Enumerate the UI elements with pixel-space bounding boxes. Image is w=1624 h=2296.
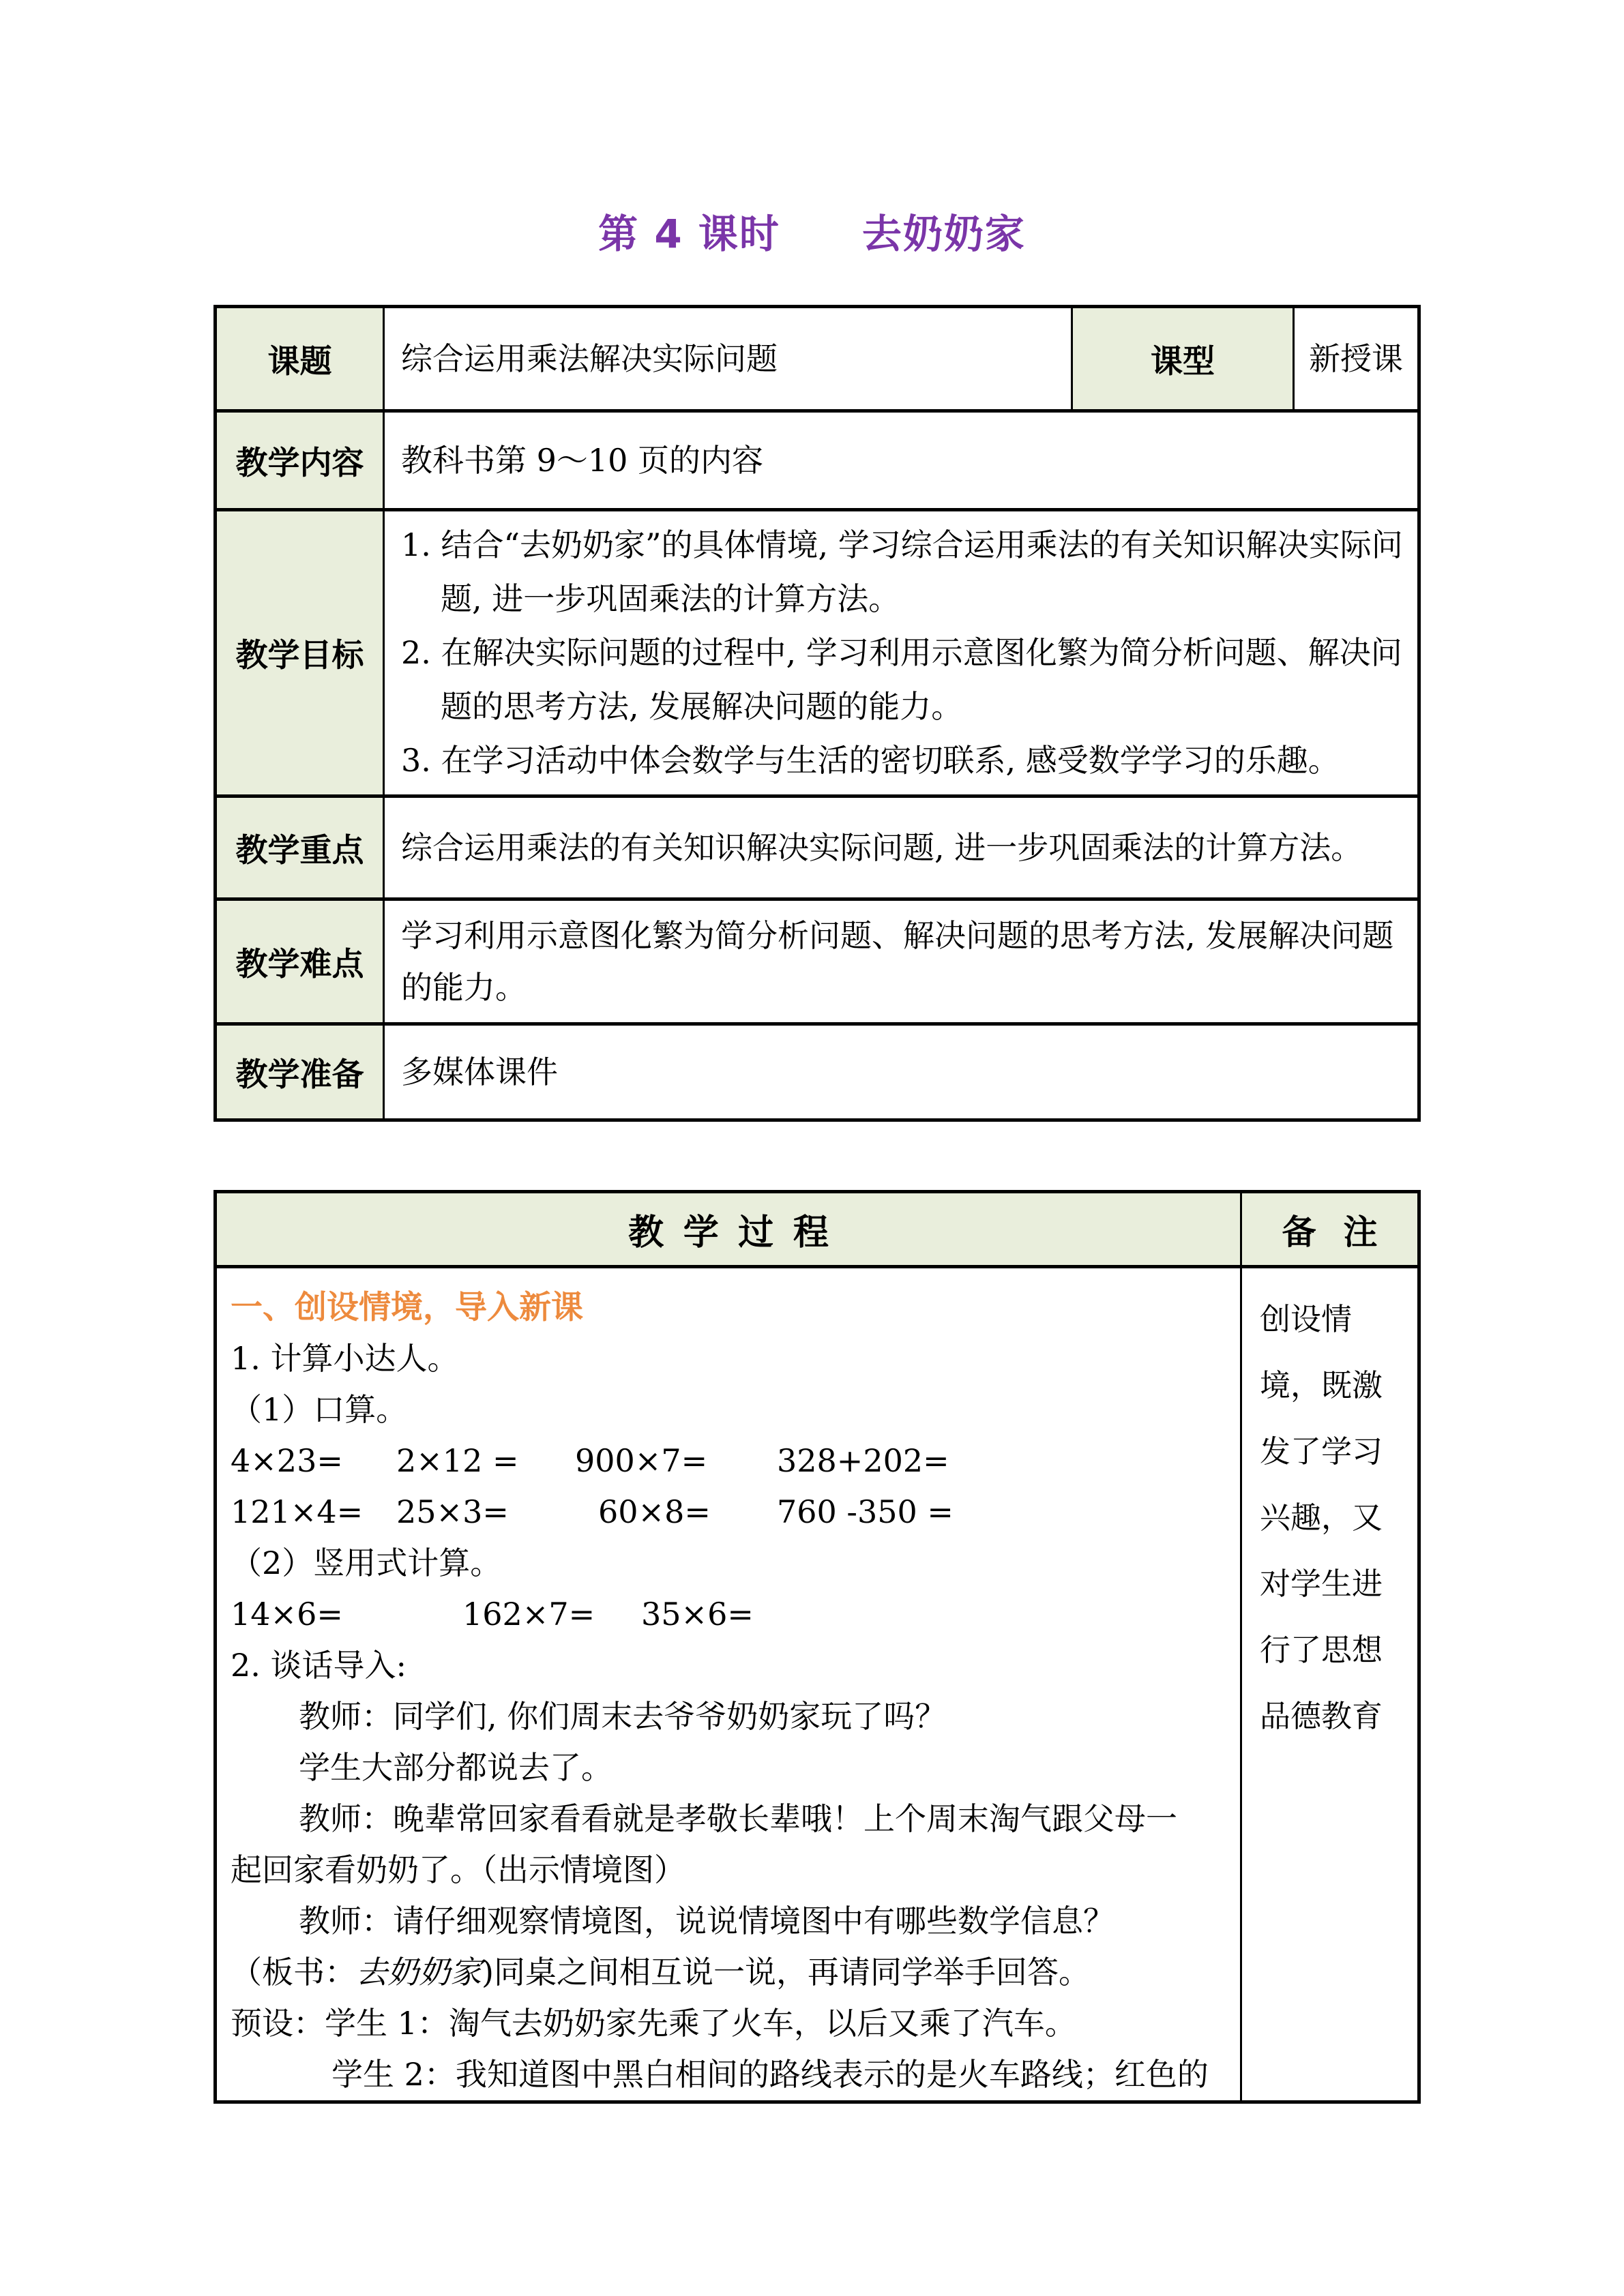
table-row: 教学难点 学习利用示意图化繁为简分析问题、解决问题的思考方法, 发展解决问题的能… [216,899,1419,1024]
lesson-type-value: 新授课 [1294,307,1419,411]
calc-expression: 4×23= [231,1435,396,1487]
label-teaching-difficulty: 教学难点 [216,899,384,1024]
teaching-focus-value: 综合运用乘法的有关知识解决实际问题, 进一步巩固乘法的计算方法。 [384,796,1419,899]
text-line: 起回家看奶奶了。（出示情境图） [231,1845,1240,1896]
note-content: 创设情 境，既激 发了学习 兴趣，又 对学生进 行了思想 品德教育 [1241,1267,1419,2102]
note-header: 备注 [1241,1192,1419,1267]
calc-expression: 35×6= [641,1589,754,1640]
calc-expression: 162×7= [462,1589,641,1640]
calc-expression: 121×4= [231,1487,396,1538]
teaching-preparation-value: 多媒体课件 [384,1024,1419,1120]
student-dialogue-line: 学生大部分都说去了。 [231,1742,1240,1793]
table-row: 教学内容 教科书第 9～10 页的内容 [216,411,1419,510]
lesson-topic-value: 综合运用乘法解决实际问题 [384,307,1072,411]
board-writing-suffix: )同桌之间相互说一说，再请同学举手回答。 [482,1954,1090,1991]
label-lesson-type: 课型 [1072,307,1294,411]
text-line: 1. 计算小达人。 [231,1333,1240,1384]
teacher-dialogue-line: 教师：同学们, 你们周末去爷爷奶奶家玩了吗？ [231,1691,1240,1742]
label-teaching-focus: 教学重点 [216,796,384,899]
process-header: 教学过程 [216,1192,1241,1267]
table-body-row: 一、创设情境，导入新课 1. 计算小达人。 （1）口算。 4×23=2×12 =… [216,1267,1419,2102]
lesson-info-table: 课题 综合运用乘法解决实际问题 课型 新授课 教学内容 教科书第 9～10 页的… [213,305,1421,1122]
note-line: 境，既激 [1260,1352,1415,1418]
process-content: 一、创设情境，导入新课 1. 计算小达人。 （1）口算。 4×23=2×12 =… [216,1267,1241,2102]
label-teaching-goals: 教学目标 [216,510,384,796]
teaching-process-table: 教学过程 备注 一、创设情境，导入新课 1. 计算小达人。 （1）口算。 4×2… [213,1190,1421,2104]
page-title: 第 4 课时 去奶奶家 [0,202,1624,259]
teaching-content-value: 教科书第 9～10 页的内容 [384,411,1419,510]
teaching-goals-value: 1. 结合“去奶奶家”的具体情境, 学习综合运用乘法的有关知识解决实际问题, 进… [384,510,1419,796]
table-row: 教学准备 多媒体课件 [216,1024,1419,1120]
board-writing-prefix: （板书： [231,1954,356,1991]
board-writing-line: （板书：去奶奶家)同桌之间相互说一说，再请同学举手回答。 [231,1947,1240,1998]
goal-item: 2. 在解决实际问题的过程中, 学习利用示意图化繁为简分析问题、解决问题的思考方… [401,626,1405,734]
note-line: 创设情 [1260,1286,1415,1352]
table-row: 教学目标 1. 结合“去奶奶家”的具体情境, 学习综合运用乘法的有关知识解决实际… [216,510,1419,796]
label-teaching-preparation: 教学准备 [216,1024,384,1120]
calc-expression: 2×12 = [396,1435,575,1487]
text-line: （2）竖用式计算。 [231,1538,1240,1589]
calc-expression: 25×3= [396,1487,598,1538]
oral-calc-row-2: 121×4=25×3=60×8=760 -350 = [231,1487,1240,1538]
teaching-difficulty-value: 学习利用示意图化繁为简分析问题、解决问题的思考方法, 发展解决问题的能力。 [384,899,1419,1024]
note-line: 对学生进 [1260,1551,1415,1617]
label-lesson-topic: 课题 [216,307,384,411]
note-line: 品德教育 [1260,1683,1415,1749]
calc-expression: 760 -350 = [777,1487,954,1538]
section-heading: 一、创设情境，导入新课 [231,1282,1240,1333]
student-answer-line: 预设：学生 1：淘气去奶奶家先乘了火车，以后又乘了汽车。 [231,1998,1240,2049]
calc-expression: 900×7= [575,1435,777,1487]
text-line: （1）口算。 [231,1384,1240,1435]
table-header-row: 教学过程 备注 [216,1192,1419,1267]
goal-item: 3. 在学习活动中体会数学与生活的密切联系, 感受数学学习的乐趣。 [401,734,1405,788]
lesson-plan-page: 第 4 课时 去奶奶家 课题 综合运用乘法解决实际问题 课型 新授课 教学内容 … [0,0,1624,2296]
goal-item: 1. 结合“去奶奶家”的具体情境, 学习综合运用乘法的有关知识解决实际问题, 进… [401,518,1405,626]
text-line: 2. 谈话导入: [231,1640,1240,1691]
teacher-dialogue-line: 教师：晚辈常回家看看就是孝敬长辈哦！上个周末淘气跟父母一 [231,1793,1240,1845]
calc-expression: 328+202= [777,1435,949,1487]
table-row: 课题 综合运用乘法解决实际问题 课型 新授课 [216,307,1419,411]
note-line: 行了思想 [1260,1617,1415,1683]
note-line: 发了学习 [1260,1418,1415,1485]
calc-expression: 60×8= [598,1487,777,1538]
label-teaching-content: 教学内容 [216,411,384,510]
student-answer-line: 学生 2：我知道图中黑白相间的路线表示的是火车路线；红色的 [231,2049,1240,2100]
note-line: 兴趣，又 [1260,1485,1415,1551]
board-writing-title: 去奶奶家 [356,1954,482,1991]
table-row: 教学重点 综合运用乘法的有关知识解决实际问题, 进一步巩固乘法的计算方法。 [216,796,1419,899]
vertical-calc-row: 14×6=162×7=35×6= [231,1589,1240,1640]
oral-calc-row-1: 4×23=2×12 =900×7=328+202= [231,1435,1240,1487]
calc-expression: 14×6= [231,1589,462,1640]
teacher-dialogue-line: 教师：请仔细观察情境图，说说情境图中有哪些数学信息？ [231,1896,1240,1947]
